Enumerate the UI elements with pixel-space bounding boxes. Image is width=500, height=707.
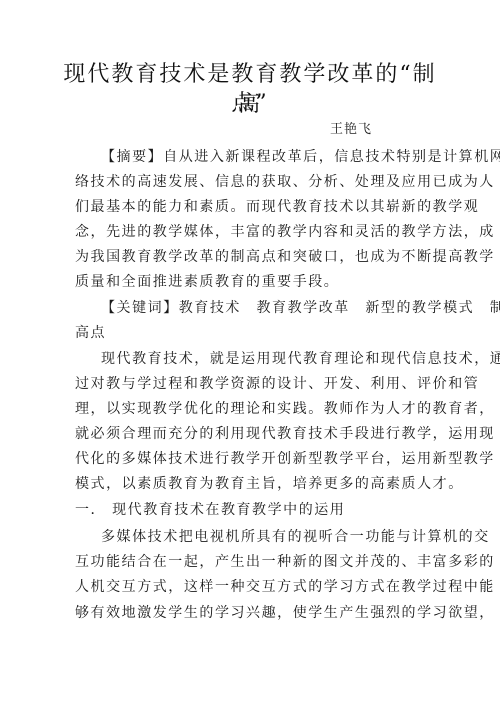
body-paragraph-line: 人机交互方式，这样一种交互方式的学习方式在教学过程中能: [75, 577, 435, 597]
author-name: 王艳飞: [330, 118, 372, 137]
body-paragraph-line: 现代教育技术，就是运用现代教育理论和现代信息技术，通: [101, 349, 435, 369]
document-page: 现代教育技术是教育教学改革的“制高 点” 王艳飞 【摘要】自从进入新课程改革后，…: [0, 0, 500, 707]
section-heading: 一． 现代教育技术在教育教学中的运用: [75, 500, 435, 520]
abstract-line: 们最基本的能力和素质。而现代教育技术以其崭新的教学观: [75, 197, 435, 217]
body-paragraph-line: 代化的多媒体技术进行教学开创新型教学平台，运用新型教学: [75, 449, 435, 469]
body-paragraph-line: 理，以实现教学优化的理论和实践。教师作为人才的教育者，: [75, 399, 435, 419]
document-title-line-2: 点”: [60, 89, 440, 119]
abstract-line: 【摘要】自从进入新课程改革后，信息技术特别是计算机网: [101, 147, 435, 167]
body-paragraph-line: 多媒体技术把电视机所具有的视听合一功能与计算机的交: [101, 527, 435, 547]
body-paragraph-line: 互功能结合在一起，产生出一种新的图文并茂的、丰富多彩的: [75, 552, 435, 572]
keywords-line: 高点: [75, 323, 435, 343]
body-paragraph-line: 够有效地激发学生的学习兴趣，使学生产生强烈的学习欲望，: [75, 603, 435, 623]
abstract-line: 念，先进的教学媒体，丰富的教学内容和灵活的教学方法，成: [75, 222, 435, 242]
body-paragraph-line: 就必须合理而充分的利用现代教育技术手段进行教学，运用现: [75, 424, 435, 444]
abstract-line: 质量和全面推进素质教育的重要手段。: [75, 272, 435, 292]
keywords-line: 【关键词】教育技术 教育教学改革 新型的教学模式 制: [101, 298, 435, 318]
abstract-line: 为我国教育教学改革的制高点和突破口，也成为不断提高教学: [75, 247, 435, 267]
abstract-line: 络技术的高速发展、信息的获取、分析、处理及应用已成为人: [75, 172, 435, 192]
body-paragraph-line: 过对教与学过程和教学资源的设计、开发、利用、评价和管: [75, 374, 435, 394]
body-paragraph-line: 模式，以素质教育为教育主旨，培养更多的高素质人才。: [75, 474, 435, 494]
